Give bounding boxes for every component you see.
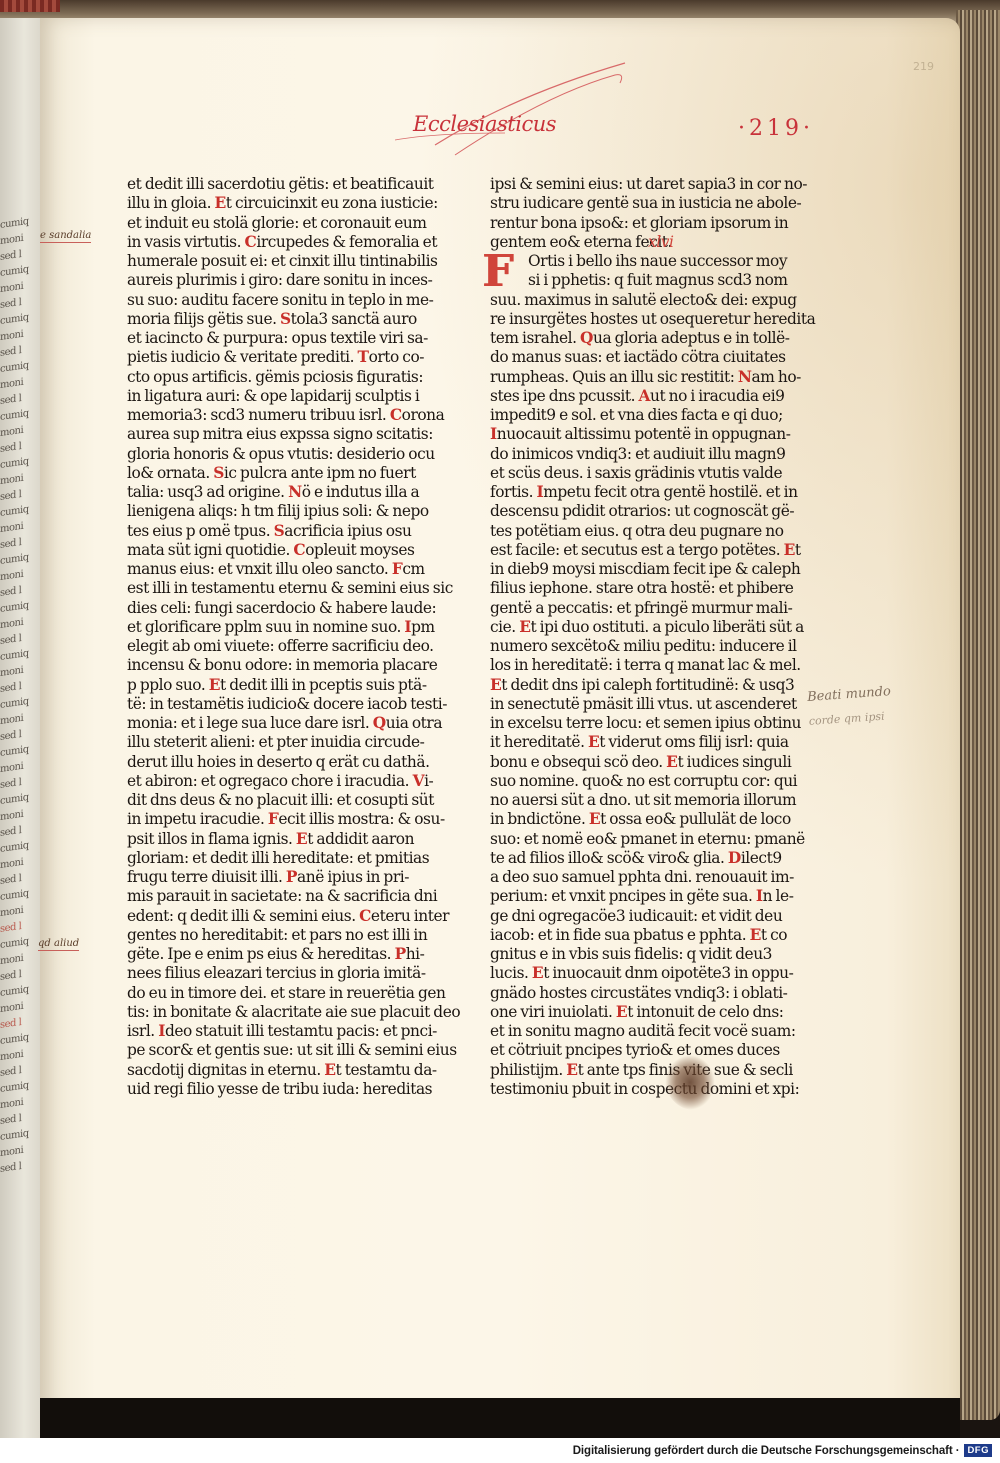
text-line: dit dns deus & no placuit illi: et cosup… (127, 791, 427, 810)
text-line: gloria honoris & opus vtutis: desiderio … (127, 445, 427, 464)
rubricated-initial: N (738, 368, 752, 386)
decorated-initial: F (482, 252, 522, 292)
rubricated-initial: N (288, 483, 302, 501)
facing-page-sliver: cumiqmonised lcumiqmonised lcumiqmonised… (0, 18, 40, 1438)
binding-red-band (0, 0, 60, 12)
facing-page-text-fragment: moni (0, 279, 40, 294)
text-line: isrl. Ideo statuit illi testamtu pacis: … (127, 1022, 427, 1041)
text-line: tes potëtiam eius. q otra deu pugnare no (490, 522, 792, 541)
text-line: suo: et nomë eo& pmanet in eternu: pmanë (490, 830, 792, 849)
rubricated-initial: E (589, 810, 600, 828)
text-line: nees filius eleazari tercius in gloria i… (127, 964, 427, 983)
facing-page-text-fragment: moni (0, 519, 40, 534)
text-line: dies celi: fungi sacerdocio & habere lau… (127, 599, 427, 618)
text-line: p pplo suo. Et dedit illi in pceptis sui… (127, 676, 427, 695)
text-line: a deo suo samuel pphta dni. renouauit im… (490, 868, 792, 887)
text-line: moria filijs gëtis sue. Stola3 sanctä au… (127, 310, 427, 329)
rubricated-initial: C (245, 233, 257, 251)
facing-page-text-fragment: sed l (0, 871, 40, 886)
facing-page-text-fragment: moni (0, 999, 40, 1014)
facing-page-text-fragment: cumiq (0, 839, 40, 854)
facing-page-text-fragment: moni (0, 951, 40, 966)
text-line: frugu terre diuisit illi. Panë ipius in … (127, 868, 427, 887)
text-line: mis parauit in sacietate: na & sacrifici… (127, 887, 427, 906)
text-line: lienigena aliqs: h tm filij ipius soli: … (127, 502, 427, 521)
rubricated-initial: E (588, 733, 599, 751)
text-line: tis: in bonitate & alacritate aie sue pl… (127, 1003, 427, 1022)
rubricated-initial: E (784, 541, 795, 559)
facing-page-text-fragment: sed l (0, 583, 40, 598)
rubricated-initial: P (395, 945, 406, 963)
text-column-right: ipsi & semini eius: ut daret sapia3 in c… (490, 175, 792, 1099)
facing-page-text-fragment: moni (0, 567, 40, 582)
text-line: descensu pdidit otrarios: ut cognoscät g… (490, 502, 792, 521)
facing-page-text-fragment: cumiq (0, 455, 40, 470)
facing-page-text-fragment: sed l (0, 1111, 40, 1126)
marginal-note-left-bottom: qd aliud (38, 938, 79, 951)
facing-page-text-fragment: sed l (0, 343, 40, 358)
facing-page-text-fragment: cumiq (0, 311, 40, 326)
text-line: su suo: auditu facere sonitu in teplo in… (127, 291, 427, 310)
facing-page-text-fragment: sed l (0, 535, 40, 550)
rubricated-initial: I (158, 1022, 165, 1040)
page-bottom-shadow (40, 1398, 960, 1438)
scan-image: cumiqmonised lcumiqmonised lcumiqmonised… (0, 0, 1000, 1438)
text-line: et iacincto & purpura: opus textile viri… (127, 329, 427, 348)
facing-page-text-fragment: cumiq (0, 647, 40, 662)
facing-page-text-fragment: sed l (0, 1015, 40, 1030)
text-line: in excelsu terre locu: et semen ipius ob… (490, 714, 792, 733)
page-stack-fore-edge (956, 10, 1000, 1420)
text-line: incensu & bonu odore: in memoria placare (127, 656, 427, 675)
rubricated-initial: C (390, 406, 402, 424)
text-line: los in hereditatë: i terra q manat lac &… (490, 656, 792, 675)
rubricated-initial: I (756, 887, 763, 905)
folio-number: ·219· (738, 116, 814, 141)
text-line: gëte. Ipe e enim ps eius & hereditas. Ph… (127, 945, 427, 964)
rubricated-initial: E (566, 1061, 577, 1079)
running-head: Ecclesiasticus (413, 112, 556, 136)
facing-page-text-fragment: cumiq (0, 599, 40, 614)
text-line: aureis plurimis i giro: dare sonitu in i… (127, 271, 427, 290)
facing-page-text-fragment: moni (0, 471, 40, 486)
rubricated-initial: Q (373, 714, 386, 732)
rubricated-initial: I (490, 425, 497, 443)
text-line: ipsi & semini eius: ut daret sapia3 in c… (490, 175, 792, 194)
text-line: illu steterit alieni: et pter inuidia ci… (127, 733, 427, 752)
facing-page-text-fragment: cumiq (0, 983, 40, 998)
text-line: impedit9 e sol. et vna dies facta e qi d… (490, 406, 792, 425)
facing-page-text-fragment: cumiq (0, 407, 40, 422)
text-line: humerale posuit ei: et cinxit illu tinti… (127, 252, 427, 271)
text-line: numero sexcëto& miliu peditu: inducere i… (490, 637, 792, 656)
rubricated-initial: E (666, 753, 677, 771)
facing-page-text-fragment: cumiq (0, 743, 40, 758)
text-line: it hereditatë. Et viderut oms filij isrl… (490, 733, 792, 752)
text-line: do manus suas: et iactädo cötra ciuitate… (490, 348, 792, 367)
text-line: stru iudicare gentë sua in iusticia ne a… (490, 194, 792, 213)
text-line: iacob: et in fide sua pbatus e pphta. Et… (490, 926, 792, 945)
text-line: et induit eu stolä glorie: et coronauit … (127, 214, 427, 233)
text-line: in bndictöne. Et ossa eo& pullulät de lo… (490, 810, 792, 829)
facing-page-text-fragment: sed l (0, 775, 40, 790)
rubricated-initial: F (392, 560, 402, 578)
text-line: et scüs deus. i saxis grädinis vtutis va… (490, 464, 792, 483)
facing-page-text-fragment: moni (0, 807, 40, 822)
rubricated-initial: E (519, 618, 530, 636)
rubricated-initial: D (728, 849, 741, 867)
text-line: gentë a peccatis: et pfringë murmur mali… (490, 599, 792, 618)
facing-page-text-fragment: moni (0, 711, 40, 726)
text-line: bonu e obsequi scö deo. Et iudices singu… (490, 753, 792, 772)
facing-page-text-fragment: sed l (0, 631, 40, 646)
rubricated-initial: C (359, 907, 371, 925)
text-line: tes eius p omë tpus. Sacrificia ipius os… (127, 522, 427, 541)
marginal-note-right: Beati mundo corde qm ipsi (806, 680, 893, 734)
facing-page-text-fragment: sed l (0, 1063, 40, 1078)
text-line: one viri inuiolati. Et intonuit de celo … (490, 1003, 792, 1022)
facing-page-text-fragment: cumiq (0, 359, 40, 374)
facing-page-text-fragment: cumiq (0, 935, 40, 950)
text-line: no auersi süt a dno. ut sit memoria illo… (490, 791, 792, 810)
facing-page-text-fragment: moni (0, 231, 40, 246)
rubricated-initial: P (286, 868, 297, 886)
facing-page-text-fragment: moni (0, 375, 40, 390)
rubricated-initial: E (532, 964, 543, 982)
text-line: est facile: et secutus est a tergo potët… (490, 541, 792, 560)
facing-page-text-fragment: cumiq (0, 887, 40, 902)
text-line: in ligatura auri: & ope lapidarij sculpt… (127, 387, 427, 406)
facing-page-text-fragment: sed l (0, 247, 40, 262)
facing-page-text-fragment: sed l (0, 391, 40, 406)
text-line: aurea sup mitra eius expssa signo scitat… (127, 425, 427, 444)
text-line: pietis iudicio & veritate prediti. Torto… (127, 348, 427, 367)
text-line: cto opus artificis. gëmis pciosis figura… (127, 368, 427, 387)
text-line: mata süt igni quotidie. Copleuit moyses (127, 541, 427, 560)
text-line: suo nomine. quo& no est corruptu cor: qu… (490, 772, 792, 791)
rubricated-initial: E (616, 1003, 627, 1021)
rubricated-initial: A (638, 387, 650, 405)
rubricated-initial: E (490, 676, 501, 694)
text-line: et dedit illi sacerdotiu gëtis: et beati… (127, 175, 427, 194)
text-line: gloriam: et dedit illi hereditate: et pm… (127, 849, 427, 868)
facing-page-text-fragment: moni (0, 327, 40, 342)
text-line: memoria3: scd3 numeru tribuu isrl. Coron… (127, 406, 427, 425)
facing-page-text-fragment: sed l (0, 823, 40, 838)
facing-page-text-fragment: moni (0, 1047, 40, 1062)
rubricated-initial: E (296, 830, 307, 848)
text-line: cie. Et ipi duo ostituti. a piculo liber… (490, 618, 792, 637)
text-line: filius iephone. stare otra hostë: et phi… (490, 579, 792, 598)
rubricated-initial: I (404, 618, 411, 636)
text-line: uid regi filio yesse de tribu iuda: here… (127, 1080, 427, 1099)
text-line: tem israhel. Qua gloria adeptus e in tol… (490, 329, 792, 348)
facing-page-text-fragment: moni (0, 903, 40, 918)
facing-page-text-fragment: moni (0, 1143, 40, 1158)
text-line: est illi in testamentu eternu & semini e… (127, 579, 427, 598)
rubricated-initial: F (268, 810, 278, 828)
facing-page-text-fragment: moni (0, 759, 40, 774)
facing-page-text-fragment: cumiq (0, 503, 40, 518)
text-line: derut illu hoies in deserto q erät cu da… (127, 753, 427, 772)
facing-page-text-fragment: sed l (0, 919, 40, 934)
text-line: in senectutë pmäsit illi vtus. ut ascend… (490, 695, 792, 714)
text-line: manus eius: et vnxit illu oleo sancto. F… (127, 560, 427, 579)
facing-page-text-fragment: moni (0, 423, 40, 438)
text-column-left: et dedit illi sacerdotiu gëtis: et beati… (127, 175, 427, 1099)
text-line: elegit ab omi viuete: offerre sacrificiu… (127, 637, 427, 656)
text-line: rumpheas. Quis an illu sic restitit: Nam… (490, 368, 792, 387)
text-line: sacdotij dignitas in eternu. Et testamtu… (127, 1061, 427, 1080)
text-line: in impetu iracudie. Fecit illis mostra: … (127, 810, 427, 829)
footer-credit-text: Digitalisierung gefördert durch die Deut… (573, 1445, 960, 1457)
text-line: si i pphetis: q fuit magnus scd3 nom (490, 271, 792, 290)
facing-page-text-fragment: cumiq (0, 695, 40, 710)
text-line: Et dedit dns ipi caleph fortitudinë: & u… (490, 676, 792, 695)
facing-page-text-fragment: cumiq (0, 1031, 40, 1046)
facing-page-text-fragment: sed l (0, 439, 40, 454)
facing-page-text-fragment: cumiq (0, 1127, 40, 1142)
chapter-heading-line: xlvi (640, 233, 673, 252)
dfg-logo-icon: DFG (964, 1444, 992, 1457)
facing-page-text-fragment: moni (0, 1095, 40, 1110)
facing-page-text-fragment: cumiq (0, 1079, 40, 1094)
facing-page-text-fragment: cumiq (0, 791, 40, 806)
text-line: philistijm. Et ante tps finis vite sue &… (490, 1061, 792, 1080)
rubricated-initial: S (274, 522, 285, 540)
running-head-flourish-icon (395, 55, 635, 165)
facing-page-text-fragment: cumiq (0, 215, 40, 230)
text-line: lo& ornata. Sic pulcra ante ipm no fuert (127, 464, 427, 483)
text-line: do eu in timore dei. et stare in reuerët… (127, 984, 427, 1003)
text-line: ge dni ogregacöe3 iudicauit: et vidit de… (490, 907, 792, 926)
text-line: edent: q dedit illi & semini eius. Ceter… (127, 907, 427, 926)
text-line: psit illos in flama ignis. Et addidit aa… (127, 830, 427, 849)
facing-page-text-fragment: sed l (0, 487, 40, 502)
rubricated-initial: E (750, 926, 761, 944)
text-line: të: in testamëtis iudicio& docere iacob … (127, 695, 427, 714)
marginal-note-left-top: e sandalia (40, 230, 91, 243)
text-line: suu. maximus in salutë electo& dei: expu… (490, 291, 792, 310)
text-line: et in sonitu magno auditä fecit vocë sua… (490, 1022, 792, 1041)
facing-page-text-fragment: sed l (0, 1159, 40, 1174)
text-line: perium: et vnxit pncipes in gëte sua. In… (490, 887, 792, 906)
rubricated-initial: Q (580, 329, 593, 347)
text-line: illu in gloia. Et circuicinxit eu zona i… (127, 194, 427, 213)
text-line: gnädo hostes circustätes vndiq3: i oblat… (490, 984, 792, 1003)
text-line: Inuocauit altissimu potentë in oppugnan- (490, 425, 792, 444)
text-line: stes ipe dns pcussit. Aut no i iracudia … (490, 387, 792, 406)
text-line: Ortis i bello ihs naue successor moy (490, 252, 792, 271)
facing-page-text-fragment: cumiq (0, 551, 40, 566)
rubricated-initial: T (358, 348, 369, 366)
text-line: testimoniu pbuit in cospectu domini et x… (490, 1080, 792, 1099)
rubricated-initial: I (537, 483, 544, 501)
text-line: fortis. Impetu fecit otra gentë hostilë.… (490, 483, 792, 502)
rubricated-initial: S (213, 464, 224, 482)
facing-page-text-fragment: sed l (0, 679, 40, 694)
text-line: re insurgëtes hostes ut osequeretur here… (490, 310, 792, 329)
text-line: gentes no hereditabit: et pars no est il… (127, 926, 427, 945)
text-line: et cötriuit pncipes tyrio& et omes duces (490, 1041, 792, 1060)
facing-page-text-fragment: cumiq (0, 263, 40, 278)
facing-page-text-fragment: moni (0, 663, 40, 678)
chapter-number: xlvi (648, 233, 673, 251)
footer-credit: Digitalisierung gefördert durch die Deut… (0, 1438, 1000, 1463)
rubricated-initial: C (293, 541, 305, 559)
text-line: in vasis virtutis. Circupedes & femorali… (127, 233, 427, 252)
text-line: pe scor& et gentis sue: ut sit illi & se… (127, 1041, 427, 1060)
text-line: monia: et i lege sua luce dare isrl. Qui… (127, 714, 427, 733)
rubricated-initial: E (209, 676, 220, 694)
text-line: lucis. Et inuocauit dnm oipotëte3 in opp… (490, 964, 792, 983)
pencil-folio-number: 219 (913, 60, 934, 73)
facing-page-text-fragment: sed l (0, 967, 40, 982)
rubricated-initial: S (280, 310, 291, 328)
text-line: gnitus e in vbis suis fidelis: q vidit d… (490, 945, 792, 964)
text-line: et glorificare pplm suu in nomine suo. I… (127, 618, 427, 637)
text-line: et abiron: et ogregaco chore i iracudia.… (127, 772, 427, 791)
facing-page-text-fragment: moni (0, 855, 40, 870)
facing-page-text-fragment: moni (0, 615, 40, 630)
rubricated-initial: V (413, 772, 425, 790)
facing-page-text-fragment: sed l (0, 295, 40, 310)
text-line: te ad filios illo& scö& viro& glia. Dile… (490, 849, 792, 868)
text-line: rentur bona ipso&: et gloriam ipsorum in (490, 214, 792, 233)
facing-page-text-fragment: sed l (0, 727, 40, 742)
text-line: in dieb9 moysi miscdiam fecit ipe & cale… (490, 560, 792, 579)
rubricated-initial: E (214, 194, 225, 212)
rubricated-initial: E (324, 1061, 335, 1079)
text-line: talia: usq3 ad origine. Nö e indutus ill… (127, 483, 427, 502)
text-line: do inimicos vndiq3: et audiuit illu magn… (490, 445, 792, 464)
